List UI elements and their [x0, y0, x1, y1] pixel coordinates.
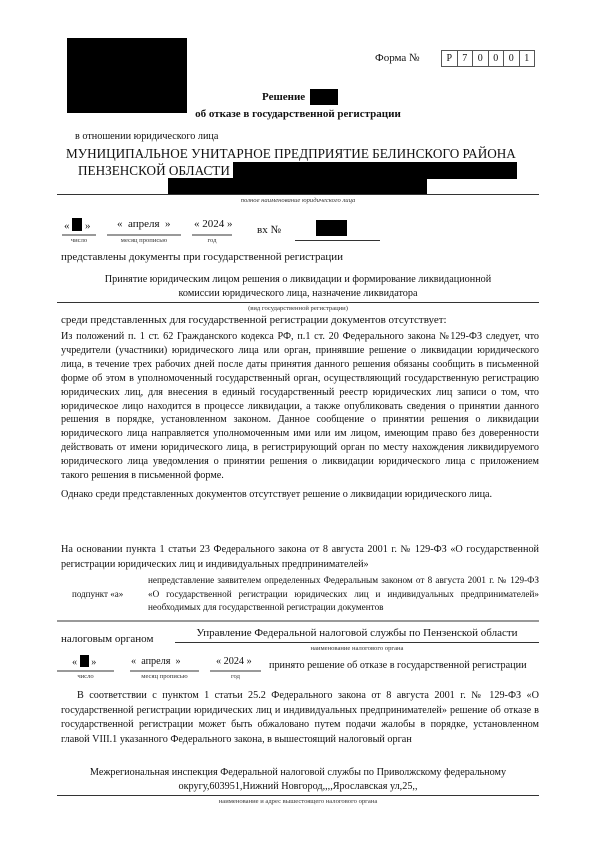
year-underline: [192, 234, 232, 236]
higher-authority-line2: округу,603951,Нижний Новгород,,,,Ярослав…: [57, 780, 539, 793]
year-field: « 2024 »: [194, 218, 233, 231]
year-underline-2: [210, 670, 261, 672]
day-underline: [62, 234, 96, 236]
registration-type-caption: (вид государственной регистрации): [57, 305, 539, 312]
form-code-cell: 0: [489, 51, 505, 66]
year-caption: год: [192, 237, 232, 244]
entity-intro: в отношении юридического лица: [75, 130, 218, 143]
form-number-boxes: Р 7 0 0 0 1: [441, 50, 535, 67]
higher-authority-line1: Межрегиональная инспекция Федеральной на…: [57, 766, 539, 779]
registration-type-line1: Принятие юридическим лицом решения о лик…: [57, 273, 539, 286]
higher-authority-caption: наименование и адрес вышестоящего налого…: [57, 798, 539, 805]
tax-authority-name: Управление Федеральной налоговой службы …: [175, 627, 539, 640]
month-caption-2: месяц прописью: [130, 673, 199, 680]
legal-basis: На основании пункта 1 статьи 23 Федераль…: [61, 542, 539, 572]
entity-name-underline: [57, 194, 539, 195]
month-field-2: « апреля »: [131, 655, 181, 668]
tax-authority-underline: [175, 642, 539, 643]
redacted-day: [72, 218, 82, 231]
decision-text: принято решение об отказе в государствен…: [269, 659, 527, 672]
registration-type-underline: [57, 302, 539, 303]
document-subtitle: об отказе в государственной регистрации: [0, 108, 596, 121]
day-field: « »: [64, 218, 91, 233]
redacted-incoming-number: [316, 220, 347, 236]
form-code-cell: Р: [442, 51, 458, 66]
entity-name-caption: полное наименование юридического лица: [57, 197, 539, 204]
redacted-entity-name-part: [233, 162, 517, 179]
appeal-paragraph: В соответствии с пунктом 1 статьи 25.2 Ф…: [61, 689, 539, 747]
month-underline: [107, 234, 181, 236]
incoming-number-underline: [295, 240, 380, 241]
month-caption: месяц прописью: [107, 237, 181, 244]
form-code-cell: 1: [520, 51, 535, 66]
higher-authority-underline: [57, 795, 539, 796]
year-field-2: « 2024 »: [216, 655, 252, 668]
subpoint-separator: [57, 620, 539, 622]
docs-submitted-text: представлены документы при государственн…: [61, 251, 343, 264]
document-title: Решение: [262, 91, 305, 104]
redacted-stamp: [67, 38, 187, 113]
form-number-label: Форма №: [375, 52, 420, 65]
day-caption-2: число: [57, 673, 114, 680]
tax-authority-caption: наименование налогового органа: [175, 645, 539, 652]
year-caption-2: год: [210, 673, 261, 680]
day-underline-2: [57, 670, 114, 672]
entity-name-line1: МУНИЦИПАЛЬНОЕ УНИТАРНОЕ ПРЕДПРИЯТИЕ БЕЛИ…: [66, 146, 516, 161]
day-field-2: « »: [72, 655, 96, 669]
incoming-number-label: вх №: [257, 224, 281, 237]
redacted-day-2: [80, 655, 89, 667]
missing-documents-intro: среди представленных для государственной…: [61, 314, 447, 327]
body-paragraph-2: Однако среди представленных документов о…: [61, 488, 539, 502]
month-field: « апреля »: [117, 218, 171, 231]
month-underline-2: [130, 670, 199, 672]
day-caption: число: [62, 237, 96, 244]
registration-type-line2: комиссии юридического лица, назначение л…: [57, 287, 539, 300]
form-code-cell: 0: [473, 51, 489, 66]
form-code-cell: 7: [458, 51, 474, 66]
redacted-decision-number: [310, 89, 338, 105]
redacted-entity-name-part: [168, 178, 427, 194]
subpoint-text: непредставление заявителем определенных …: [148, 574, 539, 615]
form-code-cell: 0: [504, 51, 520, 66]
tax-authority-label: налоговым органом: [61, 633, 153, 646]
subpoint-label: подпункт «а»: [72, 588, 123, 601]
entity-name-line2: ПЕНЗЕНСКОЙ ОБЛАСТИ: [78, 163, 230, 178]
body-paragraph: Из положений п. 1 ст. 62 Гражданского ко…: [61, 330, 539, 483]
